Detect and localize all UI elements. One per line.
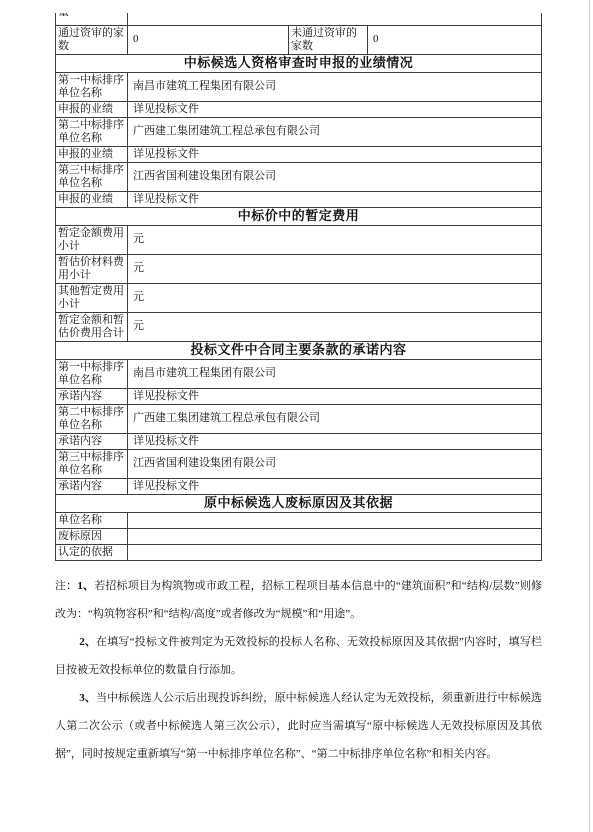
footnotes: 注：1、若招标项目为构筑物或市政工程，招标工程项目基本信息中的“建筑面积”和“结… xyxy=(55,572,542,768)
row-value: 元 xyxy=(128,225,542,254)
table-row: 暂定金额费用小计 元 xyxy=(56,225,542,254)
row-value: 详见投标文件 xyxy=(128,388,542,404)
section-header-achievements: 中标候选人资格审查时申报的业绩情况 xyxy=(56,54,542,72)
footnote-text: 在填写“投标文件被判定为无效投标的投标人名称、无效投标原因及其依据”内容时，填写… xyxy=(55,636,542,676)
table-row: 第一中标排序单位名称 南昌市建筑工程集团有限公司 xyxy=(56,72,542,101)
table-row: 第三中标排序单位名称 江西省国利建设集团有限公司 xyxy=(56,162,542,191)
footnote-prefix: 注： xyxy=(55,580,77,592)
footnote-number: 2、 xyxy=(79,636,96,648)
value-failed-review: 0 xyxy=(368,25,542,54)
row-value: 元 xyxy=(128,283,542,312)
row-label: 第三中标排序单位名称 xyxy=(56,162,128,191)
row-label: 第二中标排序单位名称 xyxy=(56,117,128,146)
row-value: 详见投标文件 xyxy=(128,433,542,449)
section-header-rejection: 原中标候选人废标原因及其依据 xyxy=(56,494,542,512)
row-label: 申报的业绩 xyxy=(56,101,128,117)
table-row: 第三中标排序单位名称 江西省国利建设集团有限公司 xyxy=(56,449,542,478)
table-row-review-counts: 通过资审的家数 0 未通过资审的家数 0 xyxy=(56,25,542,54)
table-row: 废标原因 xyxy=(56,528,542,544)
table-row: 第二中标排序单位名称 广西建工集团建筑工程总承包有限公司 xyxy=(56,117,542,146)
row-label: 单位名称 xyxy=(56,512,128,528)
row-label: 暂定金额费用小计 xyxy=(56,225,128,254)
table-row: 第二中标排序单位名称 广西建工集团建筑工程总承包有限公司 xyxy=(56,404,542,433)
label-passed-review: 通过资审的家数 xyxy=(56,25,128,54)
row-value xyxy=(128,528,542,544)
row-label: 暂估价材料费用小计 xyxy=(56,254,128,283)
row-value: 详见投标文件 xyxy=(128,478,542,494)
row-value: 江西省国利建设集团有限公司 xyxy=(128,449,542,478)
table-row: 其他暂定费用小计 元 xyxy=(56,283,542,312)
row-value: 南昌市建筑工程集团有限公司 xyxy=(128,359,542,388)
table-row: 承诺内容 详见投标文件 xyxy=(56,388,542,404)
row-label: 认定的依据 xyxy=(56,544,128,560)
table-row: 单位名称 xyxy=(56,512,542,528)
footnote-3: 3、当中标候选人公示后出现投诉纠纷，原中标候选人经认定为无效投标，须重新进行中标… xyxy=(55,684,542,768)
footnote-number: 1、 xyxy=(77,580,94,592)
section-header-provisional-fees: 中标价中的暂定费用 xyxy=(56,207,542,225)
table-row: 申报的业绩 详见投标文件 xyxy=(56,191,542,207)
row-value: 详见投标文件 xyxy=(128,191,542,207)
clipped-label-cell: 量 xyxy=(56,13,128,25)
footnote-text: 若招标项目为构筑物或市政工程，招标工程项目基本信息中的“建筑面积”和“结构/层数… xyxy=(55,580,542,620)
row-label: 暂定金额和暂估价费用合计 xyxy=(56,312,128,341)
value-passed-review: 0 xyxy=(128,25,289,54)
table-row: 承诺内容 详见投标文件 xyxy=(56,433,542,449)
label-failed-review: 未通过资审的家数 xyxy=(289,25,368,54)
bid-result-table: 量 通过资审的家数 0 未通过资审的家数 0 中标候选人资格审查时申报的业绩情况… xyxy=(55,13,542,561)
row-label: 承诺内容 xyxy=(56,478,128,494)
row-label: 其他暂定费用小计 xyxy=(56,283,128,312)
footnote-number: 3、 xyxy=(79,692,96,704)
footnote-1: 注：1、若招标项目为构筑物或市政工程，招标工程项目基本信息中的“建筑面积”和“结… xyxy=(55,572,542,628)
table-row: 暂定金额和暂估价费用合计 元 xyxy=(56,312,542,341)
row-label: 承诺内容 xyxy=(56,433,128,449)
section-title: 中标候选人资格审查时申报的业绩情况 xyxy=(56,54,542,72)
table-row: 认定的依据 xyxy=(56,544,542,560)
row-value: 元 xyxy=(128,254,542,283)
row-value: 广西建工集团建筑工程总承包有限公司 xyxy=(128,404,542,433)
table-row: 暂估价材料费用小计 元 xyxy=(56,254,542,283)
table-row: 申报的业绩 详见投标文件 xyxy=(56,146,542,162)
footnote-text: 当中标候选人公示后出现投诉纠纷，原中标候选人经认定为无效投标，须重新进行中标候选… xyxy=(55,692,542,760)
row-value xyxy=(128,544,542,560)
row-label: 第三中标排序单位名称 xyxy=(56,449,128,478)
page-edge-line xyxy=(589,0,590,832)
row-value: 广西建工集团建筑工程总承包有限公司 xyxy=(128,117,542,146)
row-value: 元 xyxy=(128,312,542,341)
row-label: 申报的业绩 xyxy=(56,146,128,162)
row-value: 南昌市建筑工程集团有限公司 xyxy=(128,72,542,101)
section-title: 投标文件中合同主要条款的承诺内容 xyxy=(56,341,542,359)
row-label: 第一中标排序单位名称 xyxy=(56,359,128,388)
table-row: 第一中标排序单位名称 南昌市建筑工程集团有限公司 xyxy=(56,359,542,388)
table-row: 承诺内容 详见投标文件 xyxy=(56,478,542,494)
table-row-clipped: 量 xyxy=(56,13,542,25)
row-value: 详见投标文件 xyxy=(128,146,542,162)
row-label: 第一中标排序单位名称 xyxy=(56,72,128,101)
footnote-2: 2、在填写“投标文件被判定为无效投标的投标人名称、无效投标原因及其依据”内容时，… xyxy=(55,628,542,684)
row-value: 详见投标文件 xyxy=(128,101,542,117)
section-title: 中标价中的暂定费用 xyxy=(56,207,542,225)
section-header-commitments: 投标文件中合同主要条款的承诺内容 xyxy=(56,341,542,359)
row-label: 废标原因 xyxy=(56,528,128,544)
row-label: 申报的业绩 xyxy=(56,191,128,207)
table-row: 申报的业绩 详见投标文件 xyxy=(56,101,542,117)
clipped-value-cell xyxy=(128,13,542,25)
document-page: 量 通过资审的家数 0 未通过资审的家数 0 中标候选人资格审查时申报的业绩情况… xyxy=(0,0,593,832)
row-label: 承诺内容 xyxy=(56,388,128,404)
clipped-label-fragment: 量 xyxy=(58,13,125,19)
row-value xyxy=(128,512,542,528)
row-value: 江西省国利建设集团有限公司 xyxy=(128,162,542,191)
section-title: 原中标候选人废标原因及其依据 xyxy=(56,494,542,512)
row-label: 第二中标排序单位名称 xyxy=(56,404,128,433)
